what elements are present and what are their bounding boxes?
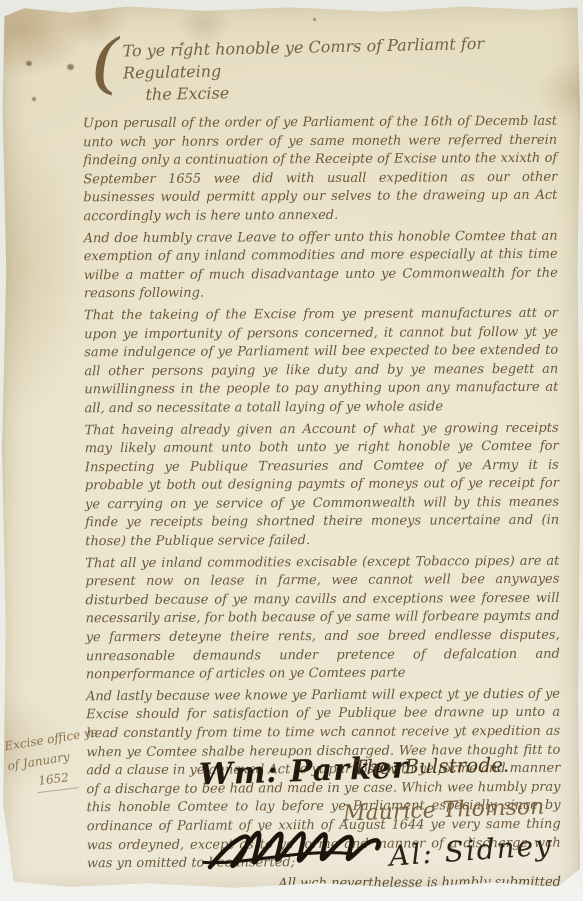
paragraph-5: That all ye inland commodities excisable… <box>85 552 560 685</box>
paragraph-3: That the takeing of the Excise from ye p… <box>84 305 559 419</box>
manuscript-paper: ( To ye right honoble ye Comrs of Parlia… <box>1 2 581 894</box>
paragraph-2: And doe humbly crave Leave to offer unto… <box>84 227 558 304</box>
ink-speck <box>313 18 316 21</box>
document-heading: To ye right honoble ye Comrs of Parliamt… <box>122 32 553 107</box>
paragraph-4: That haveing already given an Account of… <box>85 419 560 552</box>
ink-speck <box>32 97 36 101</box>
margin-note-line-3: 1652 <box>35 766 78 793</box>
heading-flourish: ( <box>85 27 125 104</box>
manuscript-scan: { "doc": { "heading": { "line1": "To ye … <box>0 0 583 901</box>
ink-speck <box>26 61 32 66</box>
illegible-signature-flourish <box>199 805 412 886</box>
ink-speck <box>67 64 74 70</box>
signature-tho-bulstrode: Tho: Bulstrode. <box>353 753 510 780</box>
paragraph-1: Upon perusall of the order of ye Parliam… <box>83 113 558 227</box>
